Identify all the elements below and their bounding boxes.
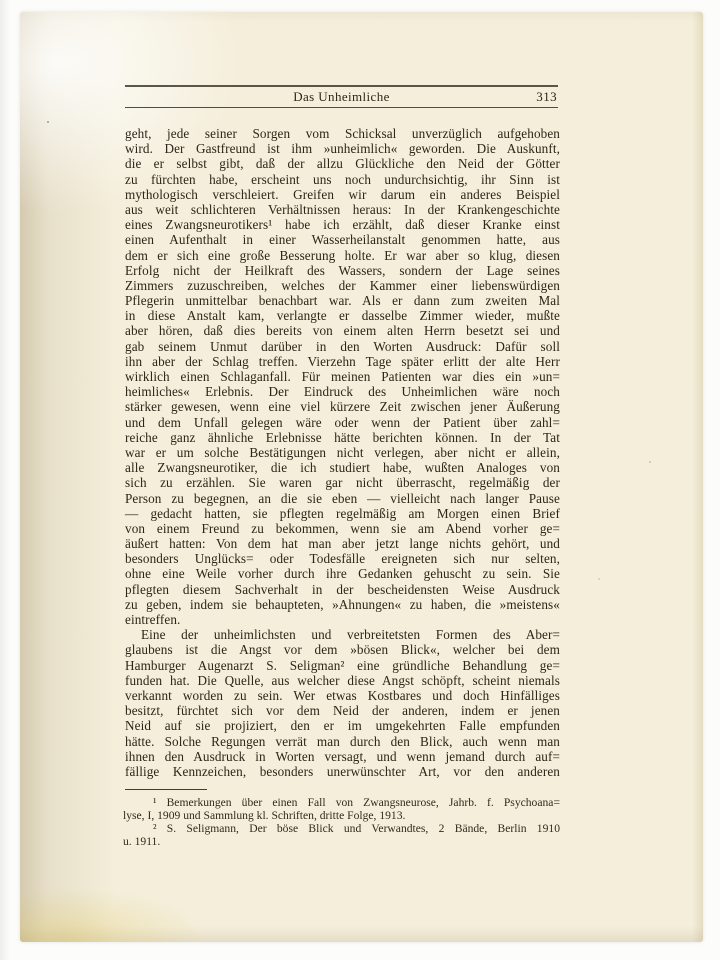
text-line: aus weit schlichteren Verhältnissen hera…: [125, 202, 560, 217]
text-line: wird. Der Gastfreund ist ihm »unheimlich…: [125, 141, 560, 156]
text-line: ¹ Bemerkungen über einen Fall von Zwangs…: [123, 796, 560, 809]
scan-background: { "header": { "title": "Das Unheimliche"…: [0, 0, 720, 960]
text-line: einen Aufenthalt in einer Wasserheilanst…: [125, 232, 560, 247]
text-line: ihnen den Ausdruck in Worten versagt, un…: [125, 749, 560, 764]
text-line: dem er sich eine große Besserung holte. …: [125, 248, 560, 263]
text-line: u. 1911.: [123, 835, 560, 848]
text-line: geht, jede seiner Sorgen vom Schicksal u…: [125, 126, 560, 141]
running-title: Das Unheimliche: [125, 89, 558, 105]
text-line: ohne eine Weile vorher durch ihre Gedank…: [125, 566, 560, 581]
text-line: ² S. Seligmann, Der böse Blick und Verwa…: [123, 822, 560, 835]
text-line: zu geben, indem sie behaupteten, »Ahnung…: [125, 597, 560, 612]
running-head: Das Unheimliche 313: [125, 89, 558, 105]
text-line: sich zu erzählen. Sie waren gar nicht üb…: [125, 475, 560, 490]
text-line: stärker gewesen, wenn eine viel kürzere …: [125, 399, 560, 414]
text-line: Eine der unheimlichsten und verbreitetst…: [125, 627, 560, 642]
text-line: und dem Unfall gelegen wäre oder wenn de…: [125, 415, 560, 430]
text-line: Hamburger Augenarzt S. Seligman² eine gr…: [125, 658, 560, 673]
text-line: Person zu begegnen, an die sie eben — vi…: [125, 491, 560, 506]
text-line: pflegten diesem Sachverhalt in der besch…: [125, 582, 560, 597]
text-line: hätte. Solche Regungen verrät man durch …: [125, 734, 560, 749]
text-line: eines Zwangsneurotikers¹ habe ich erzähl…: [125, 217, 560, 232]
text-line: von einem Freund zu bekommen, wenn sie a…: [125, 521, 560, 536]
footnote-separator: [125, 789, 207, 790]
text-line: — gedacht hatten, sie pflegten regelmäßi…: [125, 506, 560, 521]
text-line: besitzt, fürchtet sich vor dem Neid der …: [125, 703, 560, 718]
header-rule-bottom: [125, 107, 558, 108]
paper-speck: [47, 121, 49, 123]
text-line: wirklich einen Schlaganfall. Für meinen …: [125, 369, 560, 384]
text-line: Erfolg nicht der Heilkraft des Wassers, …: [125, 263, 560, 278]
text-line: war er um solche Bestätigungen nicht ver…: [125, 445, 560, 460]
text-line: verkannt worden zu sein. Wer etwas Kostb…: [125, 688, 560, 703]
text-line: Pflegerin unmittelbar benachbart war. Al…: [125, 293, 560, 308]
text-line: Zimmers zuzuschreiben, welches der Kamme…: [125, 278, 560, 293]
text-line: ihn aber der Schlag treffen. Vierzehn Ta…: [125, 354, 560, 369]
text-line: mythologisch verschleiert. Greifen wir d…: [125, 187, 560, 202]
text-line: die er selbst gibt, daß der allzu Glückl…: [125, 156, 560, 171]
page-number: 313: [536, 89, 557, 105]
text-line: Neid auf sie projiziert, den er im umgek…: [125, 718, 560, 733]
text-line: funden hat. Die Quelle, aus welcher dies…: [125, 673, 560, 688]
text-line: eintreffen.: [125, 612, 560, 627]
text-line: besonders Unglücks= oder Todesfälle erei…: [125, 551, 560, 566]
text-line: glaubens ist die Angst vor dem »bösen Bl…: [125, 642, 560, 657]
text-line: äußert hatten: Von dem hat man aber jetz…: [125, 536, 560, 551]
book-page: Das Unheimliche 313 geht, jede seiner So…: [20, 12, 703, 942]
text-line: fällige Kennzeichen, besonders unerwünsc…: [125, 764, 560, 779]
text-line: gab seinem Unmut darüber in den Worten A…: [125, 339, 560, 354]
paper-speck: [649, 461, 651, 463]
body-text: geht, jede seiner Sorgen vom Schicksal u…: [125, 126, 560, 779]
paper-speck: [598, 578, 600, 580]
text-line: lyse, I, 1909 und Sammlung kl. Schriften…: [123, 809, 560, 822]
text-line: in diese Anstalt kam, verlangte er dasse…: [125, 308, 560, 323]
text-line: alle Zwangsneurotiker, die ich studiert …: [125, 460, 560, 475]
header-rule-top: [125, 85, 558, 87]
text-line: aber hören, daß dies bereits von einem a…: [125, 323, 560, 338]
footnotes: ¹ Bemerkungen über einen Fall von Zwangs…: [123, 796, 560, 848]
text-line: heimliches« Erlebnis. Der Eindruck des U…: [125, 384, 560, 399]
text-line: zu fürchten habe, erscheint uns noch und…: [125, 172, 560, 187]
text-line: reiche ganz ähnliche Erlebnisse hätte be…: [125, 430, 560, 445]
